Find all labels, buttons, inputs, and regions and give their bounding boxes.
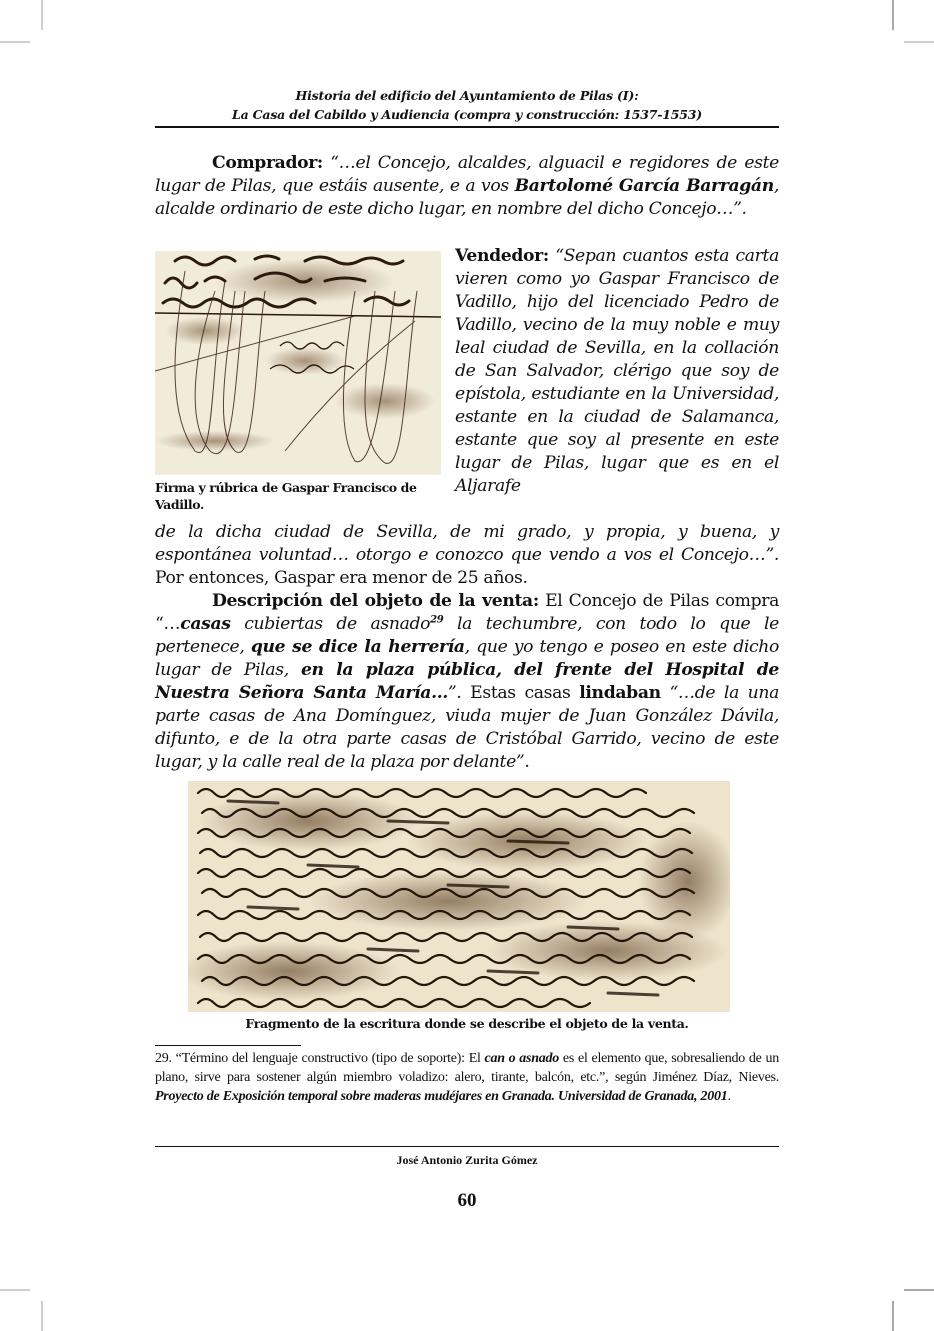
footnote-text-3: . [728, 1089, 731, 1104]
footnote-rule [155, 1045, 301, 1046]
descripcion-quote-1: cubiertas de asnado [231, 614, 431, 634]
vendedor-quote-part-2: de la dicha ciudad de Sevilla, de mi gra… [155, 522, 779, 565]
manuscript-signature-illustration [155, 251, 441, 475]
descripcion-casas: casas [180, 614, 230, 634]
paragraph-descripcion: Descripción del objeto de la venta: El C… [155, 590, 779, 774]
running-head: Historia del edificio del Ayuntamiento d… [155, 86, 779, 124]
paragraph-vendedor-continued: de la dicha ciudad de Sevilla, de mi gra… [155, 521, 779, 590]
crop-mark-bottom-right-v [892, 1301, 894, 1331]
descripcion-label: Descripción del objeto de la venta: [212, 591, 539, 611]
descripcion-estas-casas: Estas casas [461, 683, 579, 703]
vendedor-label: Vendedor: [455, 246, 549, 266]
crop-mark-bottom-right-h [904, 1289, 934, 1291]
crop-mark-bottom-left-v [41, 1301, 43, 1331]
paragraph-comprador: Comprador: “…el Concejo, alcaldes, algua… [155, 152, 779, 221]
vendedor-quote-part-1: “Sepan cuantos esta carta vieren como yo… [455, 246, 779, 496]
header-rule [155, 126, 779, 128]
paragraph-vendedor: Vendedor: “Sepan cuantos esta carta vier… [455, 245, 779, 498]
running-head-line-2: La Casa del Cabildo y Audiencia (compra … [155, 105, 779, 124]
crop-mark-top-left-h [0, 41, 30, 43]
signature-caption: Firma y rúbrica de Gaspar Francisco de V… [155, 479, 445, 513]
footnote-29: 29. “Término del lenguaje constructivo (… [155, 1049, 779, 1106]
crop-mark-bottom-left-h [0, 1289, 30, 1291]
crop-mark-top-right-v [892, 0, 894, 30]
comprador-label: Comprador: [212, 153, 323, 173]
running-head-line-1: Historia del edificio del Ayuntamiento d… [155, 86, 779, 105]
manuscript-fragment-caption: Fragmento de la escritura donde se descr… [155, 1015, 779, 1032]
footer-rule [155, 1146, 779, 1147]
footnote-number: 29. [155, 1051, 172, 1066]
comprador-name: Bartolomé García Barragán [515, 176, 774, 196]
crop-mark-top-left-v [41, 0, 43, 30]
descripcion-lindaban: lindaban [579, 683, 661, 703]
footnote-citation: Proyecto de Exposición temporal sobre ma… [155, 1089, 728, 1104]
page-number: 60 [155, 1189, 779, 1213]
vendedor-note: Por entonces, Gaspar era menor de 25 año… [155, 568, 528, 588]
descripcion-quote-4: ”. [448, 683, 462, 703]
footnote-term: can o asnado [485, 1051, 560, 1066]
signature-image [155, 251, 441, 475]
crop-mark-top-right-h [904, 41, 934, 43]
author-name: José Antonio Zurita Gómez [155, 1152, 779, 1168]
manuscript-fragment-image [188, 781, 730, 1012]
descripcion-herreria: que se dice la herrería [251, 637, 465, 657]
footnote-text-1: “Término del lenguaje constructivo (tipo… [172, 1051, 485, 1066]
manuscript-fragment-illustration [188, 781, 730, 1012]
footnote-reference[interactable]: 29 [430, 614, 443, 625]
